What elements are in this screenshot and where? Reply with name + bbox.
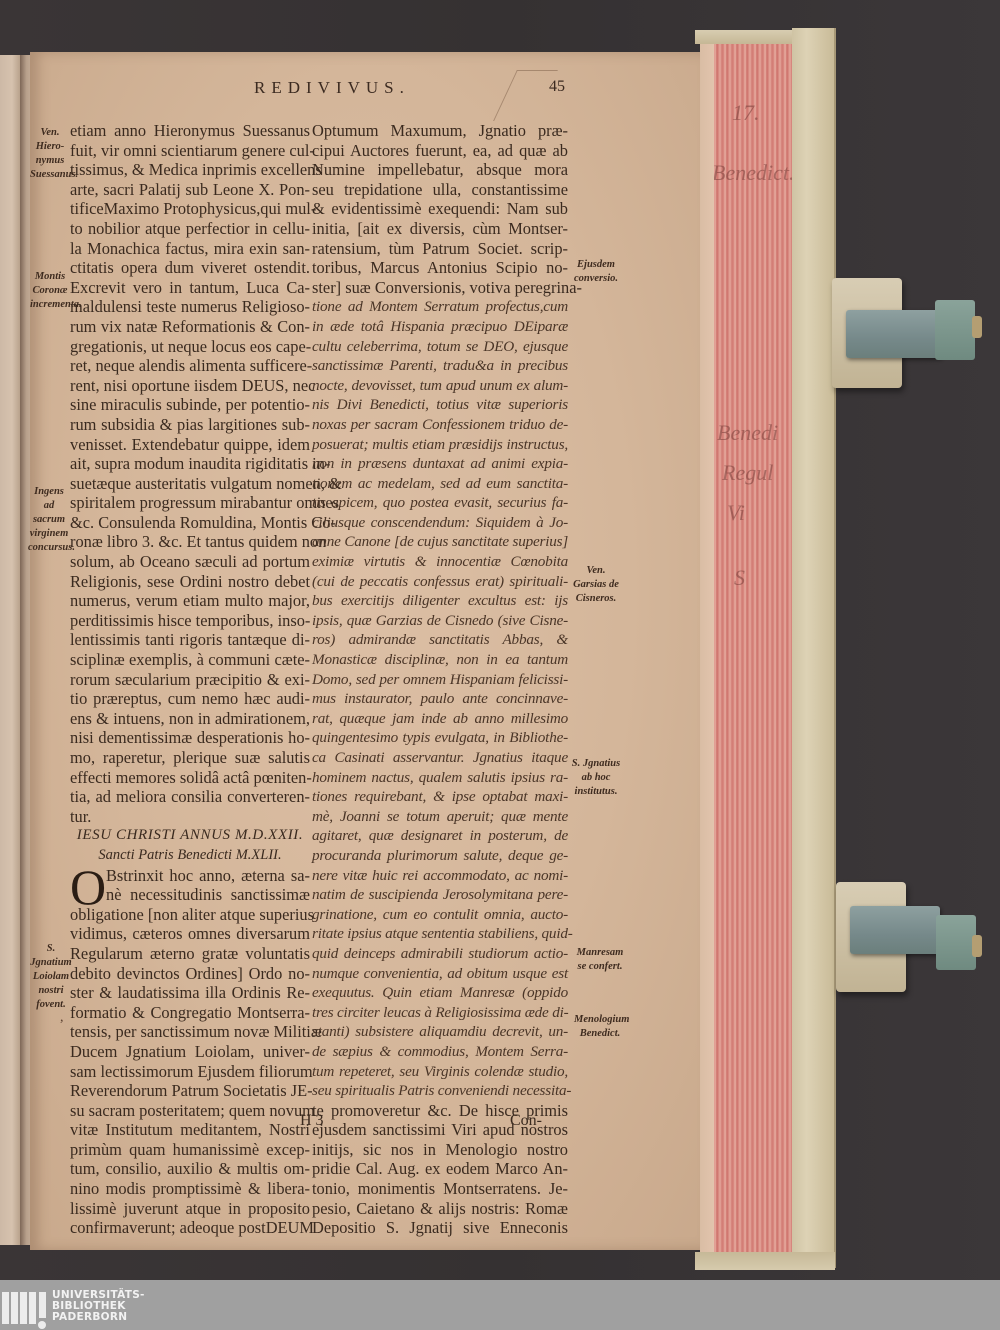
fore-edge-inscription: Regul: [722, 460, 773, 486]
dropcap-paragraph: O Bstrinxit hoc anno, æterna sa-nè neces…: [70, 866, 310, 1238]
text-line: Optumum Maxumum, Jgnatio præ-: [312, 121, 568, 141]
text-line: cultu celeberrima, totum se DEO, ejusque: [312, 337, 568, 357]
dropcap-letter: O: [70, 866, 106, 908]
fore-edge-inscription: Benedi: [717, 420, 778, 446]
text-line: eximiæ virtutis & innocentiæ Cœnobita: [312, 552, 568, 572]
text-line: numerus, verum etiam multo major,: [70, 591, 310, 611]
red-fore-edge: 17. Benedict. Benedi Regul Vi S: [700, 40, 798, 1255]
text-line: venisset. Extendebatur quippe, idem: [70, 435, 310, 455]
text-line: (cui de peccatis confessus erat) spiritu…: [312, 572, 568, 592]
margin-note-left: Montis Coronæ incrementa.: [30, 270, 70, 312]
text-line: ratensium, tùm Patrum Societ. scrip-: [312, 239, 568, 259]
right-text-column: Optumum Maxumum, Jgnatio præ-cipui Aucto…: [312, 121, 568, 1238]
text-line: lentissimis tanti rigoris tantæque di-: [70, 630, 310, 650]
text-line: ait, supra modum inaudita rigiditatis in…: [70, 454, 310, 474]
text-line: Numine impellebatur, absque mora: [312, 160, 568, 180]
text-line: mo, raperetur, plerique suæ salutis: [70, 748, 310, 768]
text-line: tificeMaximo Protophysicus,qui mul-: [70, 199, 310, 219]
text-line: tum, consilio, auxilio & multis om-: [70, 1159, 310, 1179]
text-line: ctitatis opera dum viveret ostendit.: [70, 258, 310, 278]
text-line: tis apicem, quo postea evasit, securius …: [312, 493, 568, 513]
text-line: de sæpius & commodius, Montem Serra-: [312, 1042, 568, 1062]
text-line: initia, [ait ex diversis, cùm Montser-: [312, 219, 568, 239]
text-line: Depositio S. Jgnatij sive Enneconis: [312, 1218, 568, 1238]
text-line: seu trepidatione ulla, constantissime: [312, 180, 568, 200]
text-line: mus instaurator, paulo ante concinnave-: [312, 689, 568, 709]
text-line: posuerat; multis etiam præsidijs instruc…: [312, 435, 568, 455]
text-line: noxas per sacram Confessionem triduo de-: [312, 415, 568, 435]
text-line: grinatione, cum eo contulit omnia, aucto…: [312, 905, 568, 925]
text-line: tione ad Montem Serratum profectus,cum: [312, 297, 568, 317]
text-line: anne Canone [de cujus sanctitate superiu…: [312, 532, 568, 552]
text-line: Monasticæ disciplinæ, non in ea tantum: [312, 650, 568, 670]
left-text-column: etiam anno Hieronymus Suessanusfuit, vir…: [70, 121, 310, 1238]
text-line: tur.: [70, 807, 310, 827]
text-line: Ducem Jgnatium Loiolam, univer-: [70, 1042, 310, 1062]
text-line: la Monachica factus, mira exin san-: [70, 239, 310, 259]
text-line: nis Divi Benedicti, totius vitæ superior…: [312, 395, 568, 415]
margin-note-left: Ven. Hiero-nymus Suessanus.: [30, 126, 70, 182]
stray-ink-mark: ,: [60, 1010, 64, 1026]
text-line: etiam anno Hieronymus Suessanus: [70, 121, 310, 141]
text-line: sine miraculis subinde, per potentio-: [70, 395, 310, 415]
text-line: ster] suæ Conversionis, votiva peregrina…: [312, 278, 568, 298]
text-line: stanti) subsistere aliquamdiu decrevit, …: [312, 1022, 568, 1042]
text-line: cipui Auctores fuerunt, ea, ad quæ ab: [312, 141, 568, 161]
fore-edge-inscription: Vi: [727, 500, 745, 526]
text-line: rent, nisi oportune iisdem DEUS, nec: [70, 376, 310, 396]
text-line: Regularum æterno gratæ voluntatis: [70, 944, 310, 964]
text-line: sam lectissimorum Ejusdem filiorum: [70, 1062, 310, 1082]
text-line: confirmaverunt; adeoque postDEUM: [70, 1218, 310, 1238]
margin-note-right: Manresam se confert.: [572, 946, 628, 974]
text-line: hominem nactus, qualem salutis ipsius ra…: [312, 768, 568, 788]
text-line: ipsis, quæ Garzias de Cisnedo (sive Cisn…: [312, 611, 568, 631]
text-line: ster & laudatissima illa Ordinis Re-: [70, 983, 310, 1003]
vellum-binding-edge: [792, 28, 836, 1268]
text-line: agitaret, quæ designaret in posterum, de: [312, 826, 568, 846]
text-line: in æde totâ Hispania præcipuo DEiparæ: [312, 317, 568, 337]
running-head: REDIVIVUS.: [254, 78, 494, 98]
text-line: tum repeteret, seu Virginis colendæ stud…: [312, 1062, 568, 1082]
text-line: tiones requirebant, & ipse optabat maxi-: [312, 787, 568, 807]
text-line: sanctissimæ Parenti, tradu&a in precibus: [312, 356, 568, 376]
left-column-lines-after: Bstrinxit hoc anno, æterna sa-nè necessi…: [70, 866, 310, 1238]
text-line: toribus, Marcus Antonius Scipio no-: [312, 258, 568, 278]
text-line: tissimus, & Medica inprimis excellens: [70, 160, 310, 180]
text-line: to nobilior atque perfectior in cellu-: [70, 219, 310, 239]
fore-edge-inscription: S: [734, 565, 745, 591]
signature-mark: H 3: [300, 1112, 324, 1130]
text-line: Domo, sed per omnem Hispaniam felicissi-: [312, 670, 568, 690]
fore-edge-inscription: Benedict.: [712, 160, 794, 186]
text-line: formatio & Congregatio Montserra-: [70, 1003, 310, 1023]
margin-note-right: Ejusdem conversio.: [570, 258, 622, 286]
text-line: debito devinctos Ordines] Ordo no-: [70, 964, 310, 984]
text-line: ciliusque conscendendum: Siquidem à Jo-: [312, 513, 568, 533]
fore-edge-inscription: 17.: [732, 100, 760, 126]
text-line: initijs, sic nos in Menologio nostro: [312, 1140, 568, 1160]
text-line: perditissimis hisce temporibus, inso-: [70, 611, 310, 631]
text-line: nocte, devovisset, tum apud unum ex alum…: [312, 376, 568, 396]
right-column-lines: Optumum Maxumum, Jgnatio præ-cipui Aucto…: [312, 121, 568, 1238]
text-line: obligatione [non aliter atque superius: [70, 905, 310, 925]
text-line: ret, neque alendis alimenta sufficere-: [70, 356, 310, 376]
text-line: tionem ac medelam, sed ad eum sanctita-: [312, 474, 568, 494]
text-line: ros) admirandæ sanctitatis Abbas, &: [312, 630, 568, 650]
year-subheading: Sancti Patris Benedicti M.XLII.: [70, 846, 310, 866]
page-edge-highlight: [700, 40, 714, 1255]
text-line: primùm quam humanissimè excep-: [70, 1140, 310, 1160]
text-line: gregationis, ut neque locus eos cape-: [70, 337, 310, 357]
text-line: tio præreptus, cum nemo hæc audi-: [70, 689, 310, 709]
text-line: vidimus, cæteros omnes diversarum: [70, 924, 310, 944]
text-line: pridie Cal. Aug. ex eodem Marco An-: [312, 1159, 568, 1179]
margin-note-right: Ven. Garsias de Cisneros.: [570, 564, 622, 606]
text-line: tonio, monimentis Montserratens. Je-: [312, 1179, 568, 1199]
facing-page-edge: [0, 55, 21, 1245]
text-line: arte, sacri Palatij sub Leone X. Pon-: [70, 180, 310, 200]
text-line: Reverendorum Patrum Societatis JE-: [70, 1081, 310, 1101]
text-line: exequutus. Quin etiam Manresæ (oppido: [312, 983, 568, 1003]
year-heading: IESU CHRISTI ANNUS M.D.XXII.: [70, 826, 310, 846]
text-line: quingentesimo typis evulgata, in Bibliot…: [312, 728, 568, 748]
text-line: non in præsens duntaxat ad animi expia-: [312, 454, 568, 474]
logo-line-3: PADERBORN: [52, 1312, 145, 1323]
text-line: procuranda plurimorum salute, deque ge-: [312, 846, 568, 866]
text-line: su sacram posteritatem; quem novum: [70, 1101, 310, 1121]
text-line: vitæ Institutum meditantem, Nostri: [70, 1120, 310, 1140]
margin-note-left: Ingens ad sacrum virginem concursus.: [28, 485, 70, 555]
text-line: rum vix natæ Reformationis & Con-: [70, 317, 310, 337]
library-footer: UNIVERSITÄTS- BIBLIOTHEK PADERBORN: [0, 1280, 1000, 1330]
left-column-lines: etiam anno Hieronymus Suessanusfuit, vir…: [70, 121, 310, 826]
text-line: ca Casinati asservantur. Jgnatius itaque: [312, 748, 568, 768]
text-line: mè, Joanni se totum aperuit; quæ mente: [312, 807, 568, 827]
text-line: Excrevit vero in tantum, Luca Ca-: [70, 278, 310, 298]
text-line: tensis, per sanctissimum novæ Militiæ: [70, 1022, 310, 1042]
vellum-binding-bottom: [695, 1252, 835, 1270]
page-number: 45: [549, 78, 565, 96]
text-line: Religionis, sese Ordini nostro debet: [70, 572, 310, 592]
margin-note-left: S. Jgnatium Loiolam nostri fovent.: [30, 942, 72, 1012]
text-line: ritate ipsius atque sententia stabiliens…: [312, 924, 568, 944]
text-line: sciplinæ exemplis, à communi cæte-: [70, 650, 310, 670]
catchword: Con-: [510, 1112, 542, 1130]
text-line: tres circiter leucas à Religiosissima æd…: [312, 1003, 568, 1023]
text-line: bus exercitijs diligenter excultus est: …: [312, 591, 568, 611]
text-line: seu spiritualis Patris conveniendi neces…: [312, 1081, 568, 1101]
text-line: ronæ libro 3. &c. Et tantus quidem non: [70, 532, 310, 552]
text-line: ens & intuens, non in admirationem,: [70, 709, 310, 729]
text-line: maldulensi teste numerus Religioso-: [70, 297, 310, 317]
text-line: lissimè juverunt atque in proposito: [70, 1199, 310, 1219]
text-line: effecti memores solidâ actâ pœniten-: [70, 768, 310, 788]
text-line: rat, quæque jam inde ab anno millesimo: [312, 709, 568, 729]
text-line: natim de suscipienda Jerosolymitana pere…: [312, 885, 568, 905]
text-line: &c. Consulenda Romuldina, Montis Co-: [70, 513, 310, 533]
library-logo-text: UNIVERSITÄTS- BIBLIOTHEK PADERBORN: [52, 1290, 145, 1323]
text-line: nino modis promptissimè & libera-: [70, 1179, 310, 1199]
text-line: pesio, Caietano & alijs nostris: Romæ: [312, 1199, 568, 1219]
margin-note-right: Menologium Benedict.: [574, 1013, 626, 1041]
text-line: & evidentissimè exequendi: Nam sub: [312, 199, 568, 219]
text-line: suetæque austeritatis vulgatum nomen, &: [70, 474, 310, 494]
text-line: quid deinceps admirabili studiorum actio…: [312, 944, 568, 964]
text-line: spiritalem progressum mirabantur omnes: [70, 493, 310, 513]
margin-note-right: S. Jgnatius ab hoc institutus.: [570, 757, 622, 799]
text-line: nisi dementissimæ desperationis ho-: [70, 728, 310, 748]
text-line: fuit, vir omni scientiarum genere cul-: [70, 141, 310, 161]
text-line: numque convenientia, ad obitum usque est: [312, 964, 568, 984]
text-line: tia, ad meliora consilia converteren-: [70, 787, 310, 807]
text-line: rorum sæcularium præcipitio & exi-: [70, 670, 310, 690]
text-line: nere vitæ huic rei accommodato, ac nomi-: [312, 866, 568, 886]
text-line: rum subsidia & pias largitiones sub-: [70, 415, 310, 435]
text-line: solum, ab Oceano sæculi ad portum: [70, 552, 310, 572]
